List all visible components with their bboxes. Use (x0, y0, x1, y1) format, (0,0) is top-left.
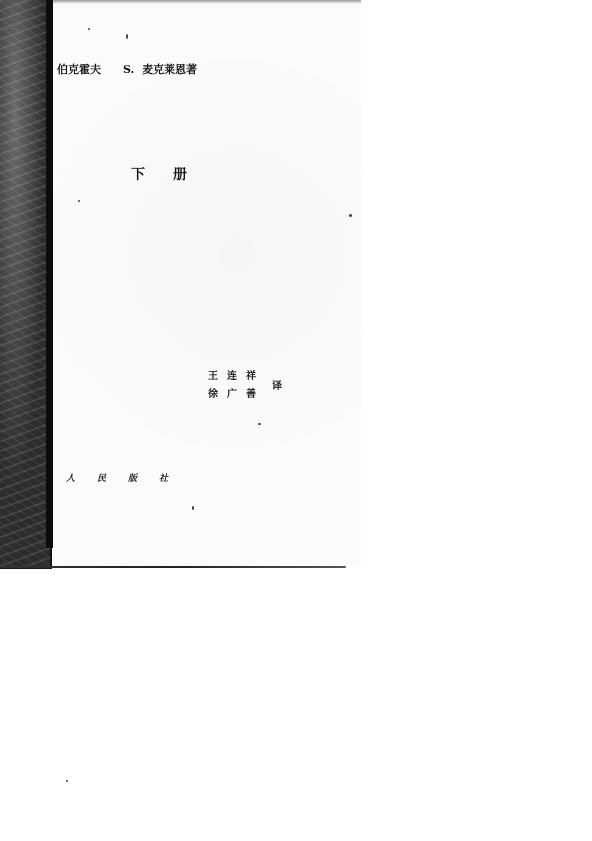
publisher-line: 人民版社 (66, 471, 190, 484)
scan-speck (126, 34, 128, 39)
scan-speck (349, 214, 352, 217)
translator-1: 王连祥 (208, 368, 265, 386)
publisher-char: 社 (159, 471, 190, 484)
translator-2-char: 徐 (208, 386, 227, 404)
scan-speck (66, 780, 68, 782)
page-top-shadow (53, 0, 361, 4)
scan-speck (88, 28, 90, 30)
scan-speck (78, 200, 80, 202)
translator-2-char: 广 (227, 386, 246, 404)
page-bottom-edge (0, 566, 346, 568)
translate-label: 译 (272, 377, 282, 392)
scanned-page: 伯克霍夫S. 麦克莱恩著 下册 王连祥 徐广善 译 人民版社 (0, 0, 592, 841)
translator-1-char: 祥 (246, 368, 265, 386)
translator-2-char: 善 (246, 386, 265, 404)
book-spine (0, 0, 52, 569)
translator-2: 徐广善 (208, 386, 265, 404)
translator-1-char: 连 (227, 368, 246, 386)
author-line: 伯克霍夫S. 麦克莱恩著 (57, 61, 197, 77)
scan-speck (192, 506, 194, 510)
scan-speck (258, 423, 261, 425)
author-1: 伯克霍夫 (57, 63, 101, 76)
translators-block: 王连祥 徐广善 (208, 368, 265, 404)
translator-1-char: 王 (208, 368, 227, 386)
author-2: 麦克莱恩著 (142, 63, 197, 76)
publisher-char: 人 (66, 471, 97, 484)
volume-label: 下册 (131, 164, 187, 184)
volume-part-1: 下 (131, 167, 145, 183)
author-2-initial: S. (123, 63, 134, 76)
spine-edge (46, 0, 53, 548)
publisher-char: 版 (128, 471, 159, 484)
volume-part-2: 册 (173, 167, 187, 183)
publisher-char: 民 (97, 471, 128, 484)
